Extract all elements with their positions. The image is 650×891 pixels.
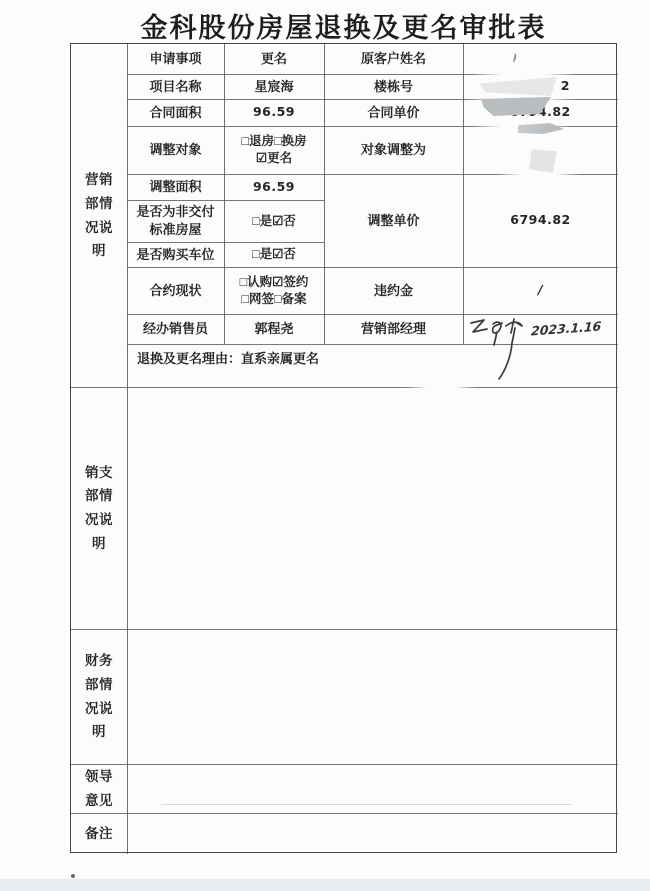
section-header-finance: 财务部情况说明 bbox=[71, 629, 127, 764]
field-contract-price-label: 合同单价 bbox=[324, 99, 463, 126]
section-header-remarks: 备注 bbox=[71, 813, 127, 854]
redaction-blob bbox=[529, 149, 557, 173]
manager-sign-date: 2023.1.16 bbox=[531, 318, 602, 338]
grid-line-h bbox=[71, 629, 618, 630]
grid-line-h bbox=[71, 764, 618, 765]
field-adjust-price-value: 6794.82 bbox=[463, 174, 618, 267]
field-contract-area-label: 合同面积 bbox=[127, 99, 224, 126]
field-non-delivery-value: □是☑否 bbox=[224, 200, 324, 242]
section-header-sales-support: 销支部情况说明 bbox=[71, 387, 127, 629]
field-adjust-target-label: 调整对象 bbox=[127, 126, 224, 174]
section-header-leader-label: 领导意见 bbox=[84, 765, 113, 812]
section-header-remarks-label: 备注 bbox=[84, 822, 113, 846]
field-adjust-price-label: 调整单价 bbox=[324, 174, 463, 267]
field-non-delivery-label: 是否为非交付标准房屋 bbox=[127, 200, 224, 242]
field-reason: 退换及更名理由：直系亲属更名 bbox=[127, 344, 618, 387]
section-header-leader: 领导意见 bbox=[71, 764, 127, 813]
field-building-no-label: 楼栋号 bbox=[324, 74, 463, 99]
field-adjust-area-label: 调整面积 bbox=[127, 174, 224, 200]
field-project-name-label: 项目名称 bbox=[127, 74, 224, 99]
field-penalty-value: / bbox=[463, 267, 618, 314]
bottom-strip bbox=[0, 879, 650, 891]
adjust-target-option-lines: □退房□换房☑更名 bbox=[241, 133, 306, 167]
non-delivery-label-text: 是否为非交付标准房屋 bbox=[135, 203, 216, 238]
section-header-marketing: 营销部情况说明 bbox=[71, 44, 127, 387]
field-apply-item-label: 申请事项 bbox=[127, 44, 224, 74]
stray-mark bbox=[510, 53, 517, 63]
field-parking-label: 是否购买车位 bbox=[127, 242, 224, 267]
field-target-adjust-to-label: 对象调整为 bbox=[324, 126, 463, 174]
field-contract-area-value: 96.59 bbox=[224, 99, 324, 126]
field-contract-status-options: □认购☑签约□网签□备案 bbox=[224, 267, 324, 314]
form-title: 金科股份房屋退换及更名审批表 bbox=[70, 6, 617, 45]
stray-dot bbox=[71, 874, 75, 878]
field-contract-status-label: 合约现状 bbox=[127, 267, 224, 314]
field-marketing-manager-label: 营销部经理 bbox=[324, 314, 463, 344]
field-salesperson-value: 郭程尧 bbox=[224, 314, 324, 344]
field-parking-value: □是☑否 bbox=[224, 242, 324, 267]
grid-line-h bbox=[71, 813, 618, 814]
field-adjust-target-options: □退房□换房☑更名 bbox=[224, 126, 324, 174]
contract-status-option-lines: □认购☑签约□网签□备案 bbox=[240, 274, 309, 308]
field-salesperson-label: 经办销售员 bbox=[127, 314, 224, 344]
approval-table: 营销部情况说明 销支部情况说明 财务部情况说明 领导意见 备注 申请事项 更名 … bbox=[70, 43, 617, 853]
section-header-sales-support-label: 销支部情况说明 bbox=[84, 461, 113, 556]
field-penalty-label: 违约金 bbox=[324, 267, 463, 314]
scanned-form-page: 金科股份房屋退换及更名审批表 营销部情况说明 销支部情况说明 bbox=[0, 0, 650, 891]
field-adjust-area-value: 96.59 bbox=[224, 174, 324, 200]
field-orig-customer-label: 原客户姓名 bbox=[324, 44, 463, 74]
section-header-marketing-label: 营销部情况说明 bbox=[84, 168, 113, 263]
scan-bleed-line bbox=[161, 804, 571, 805]
field-project-name-value: 星宸海 bbox=[224, 74, 324, 99]
field-apply-item-value: 更名 bbox=[224, 44, 324, 74]
section-header-finance-label: 财务部情况说明 bbox=[84, 649, 113, 744]
